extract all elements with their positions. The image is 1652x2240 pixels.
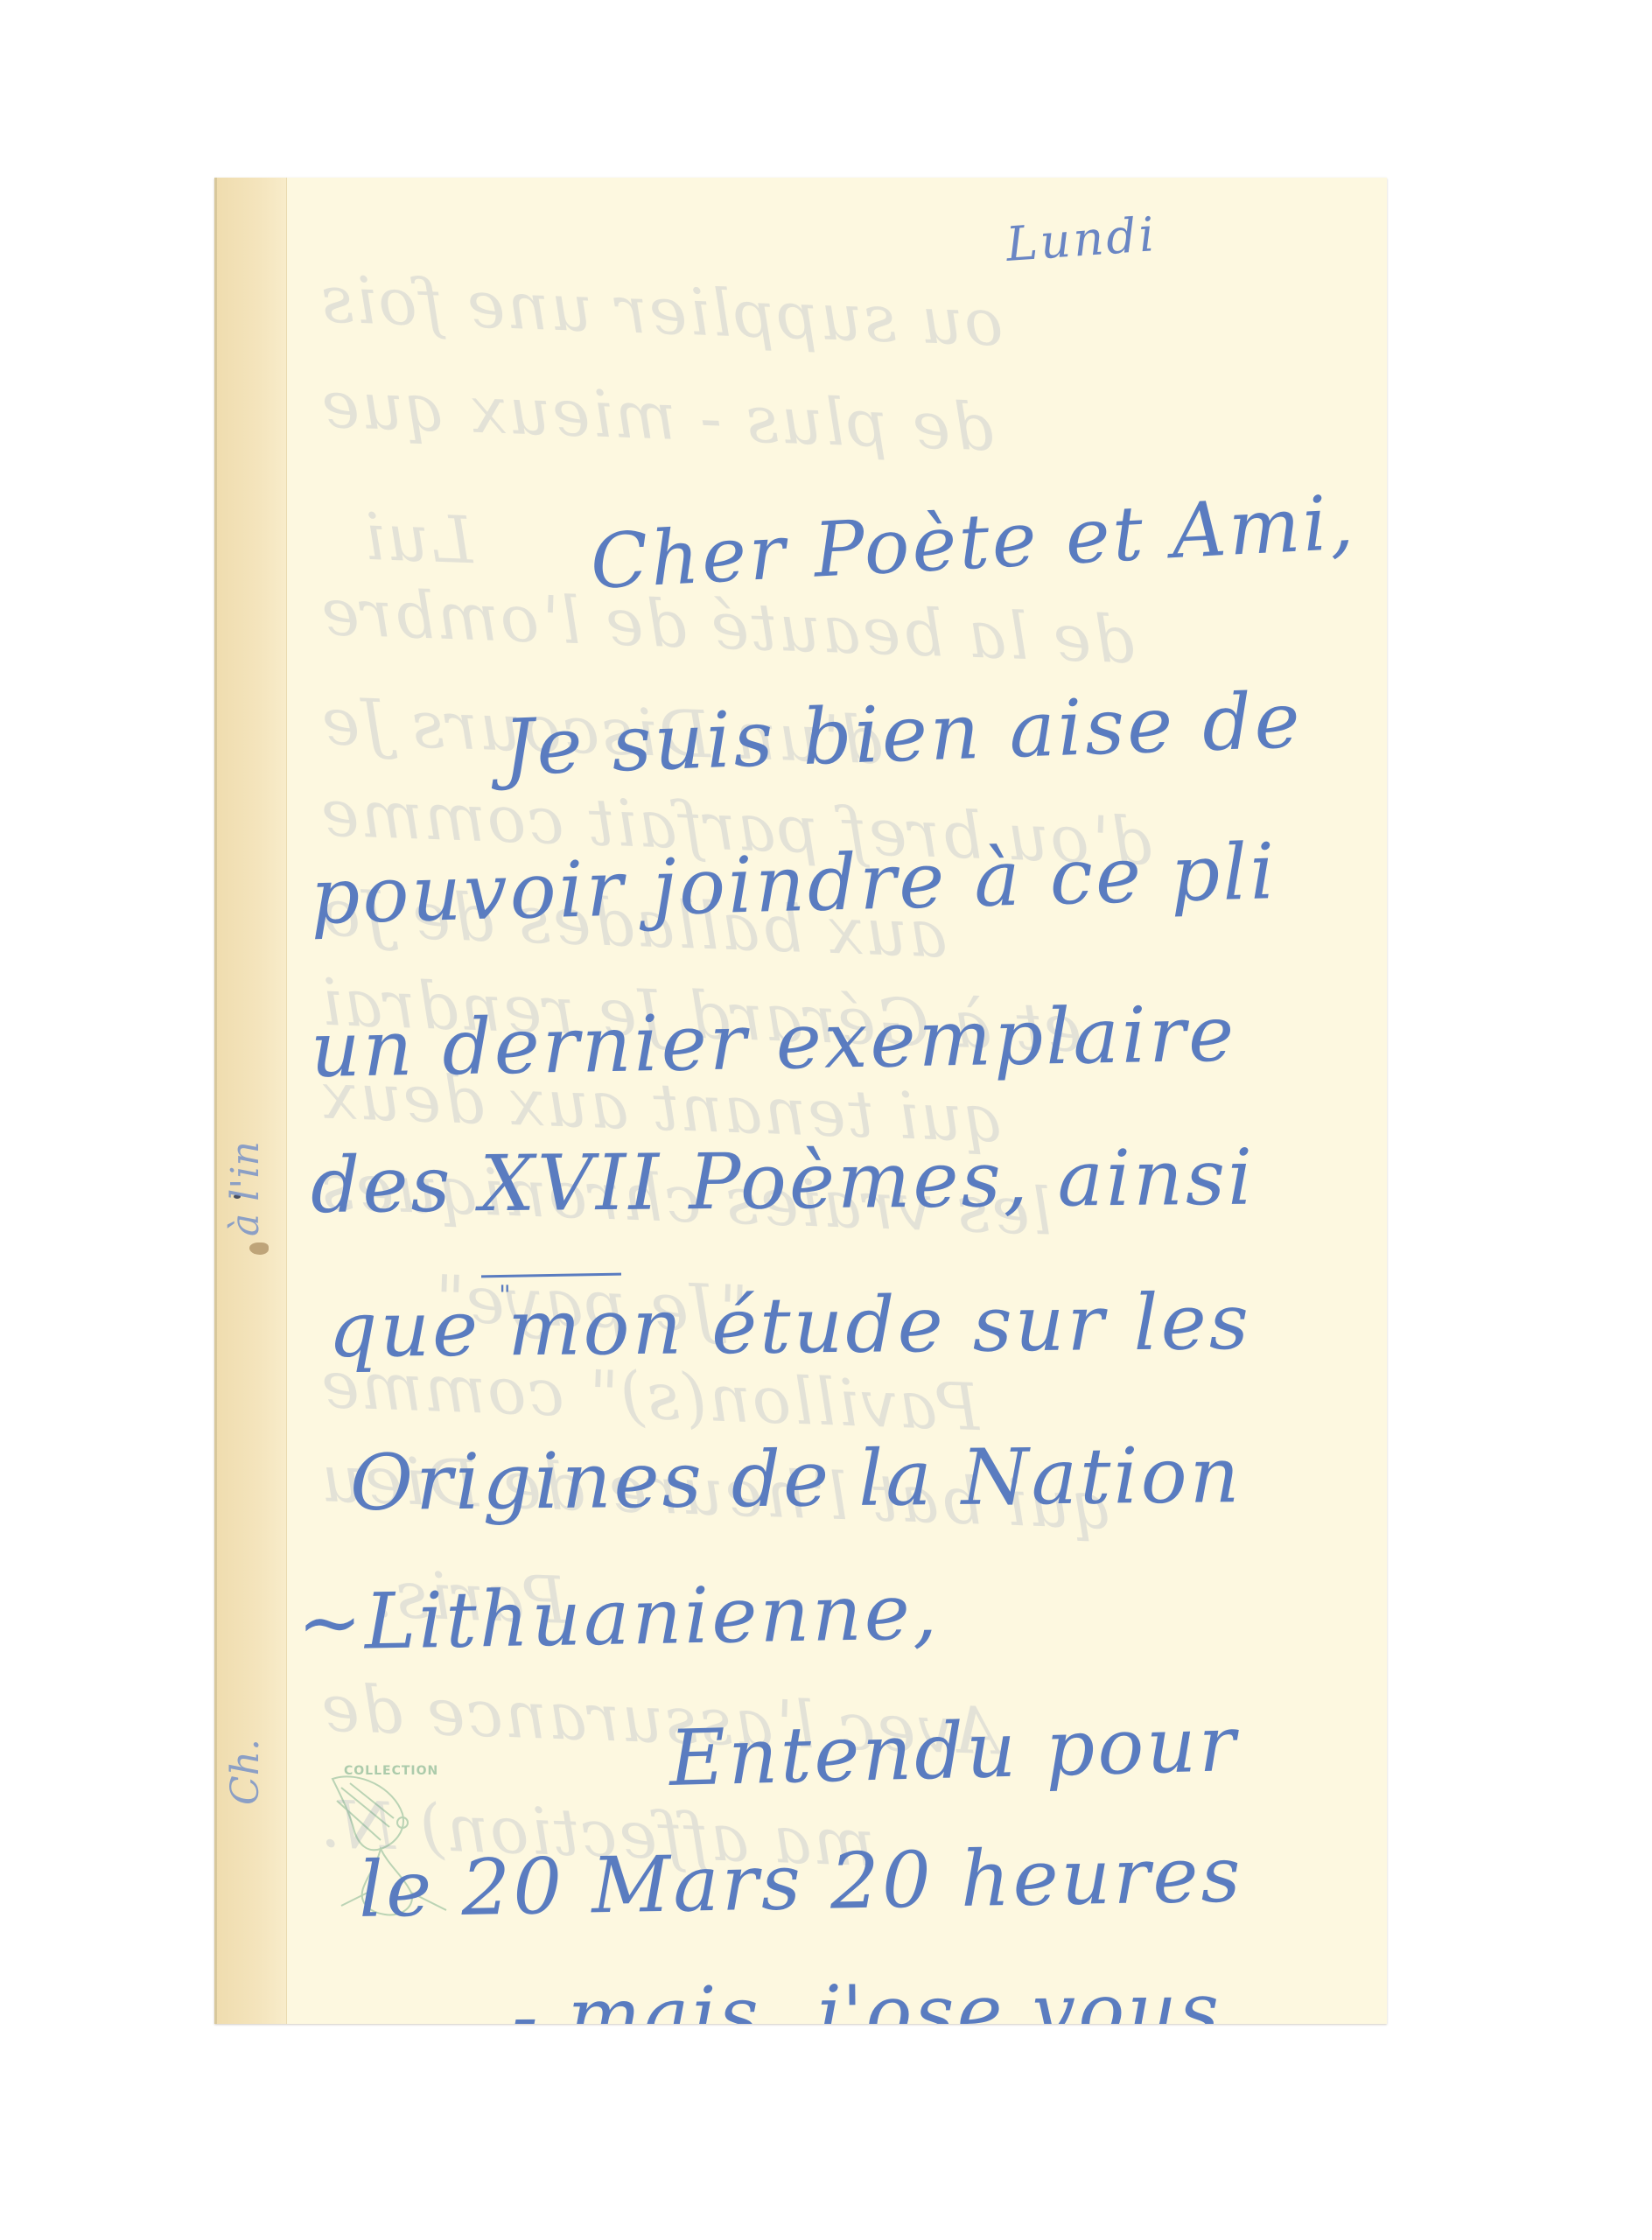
letter-line: des XVII Poèmes, ainsi bbox=[311, 1132, 1256, 1230]
bleed-line: de plus - mieux que bbox=[318, 367, 995, 466]
letter-line: le 20 Mars 20 heures bbox=[358, 1829, 1243, 1935]
bleed-line: ou supplier une fois bbox=[318, 262, 1005, 360]
letter-line: Origines de la Nation bbox=[350, 1430, 1242, 1528]
stamp-label: COLLECTION bbox=[344, 1764, 438, 1778]
date-line: Lundi bbox=[1004, 206, 1158, 272]
letter-line: Je suis bien aise de bbox=[501, 675, 1304, 793]
letter-line: un dernier exemplaire bbox=[310, 989, 1237, 1095]
title-underline bbox=[481, 1273, 621, 1278]
margin-note: à l'in bbox=[223, 1141, 268, 1236]
letter-line: pouvoir joindre à ce pli bbox=[310, 826, 1278, 941]
salutation: Cher Poète et Ami, bbox=[588, 479, 1358, 606]
bleed-line: Lui bbox=[362, 500, 475, 578]
letter-line: Entendu pour bbox=[668, 1698, 1240, 1803]
binding-edge bbox=[214, 178, 217, 2024]
letter-line: ~Lithuanienne, bbox=[297, 1566, 940, 1668]
paper-stain bbox=[249, 1242, 269, 1255]
letter-line: que mon étude sur les bbox=[328, 1277, 1252, 1375]
letter-line: - mais, j'ose vous bbox=[512, 1965, 1222, 2024]
margin-note: Ch. bbox=[223, 1739, 268, 1805]
letter-sheet: ou supplier une fois de plus - mieux que… bbox=[214, 178, 1387, 2024]
